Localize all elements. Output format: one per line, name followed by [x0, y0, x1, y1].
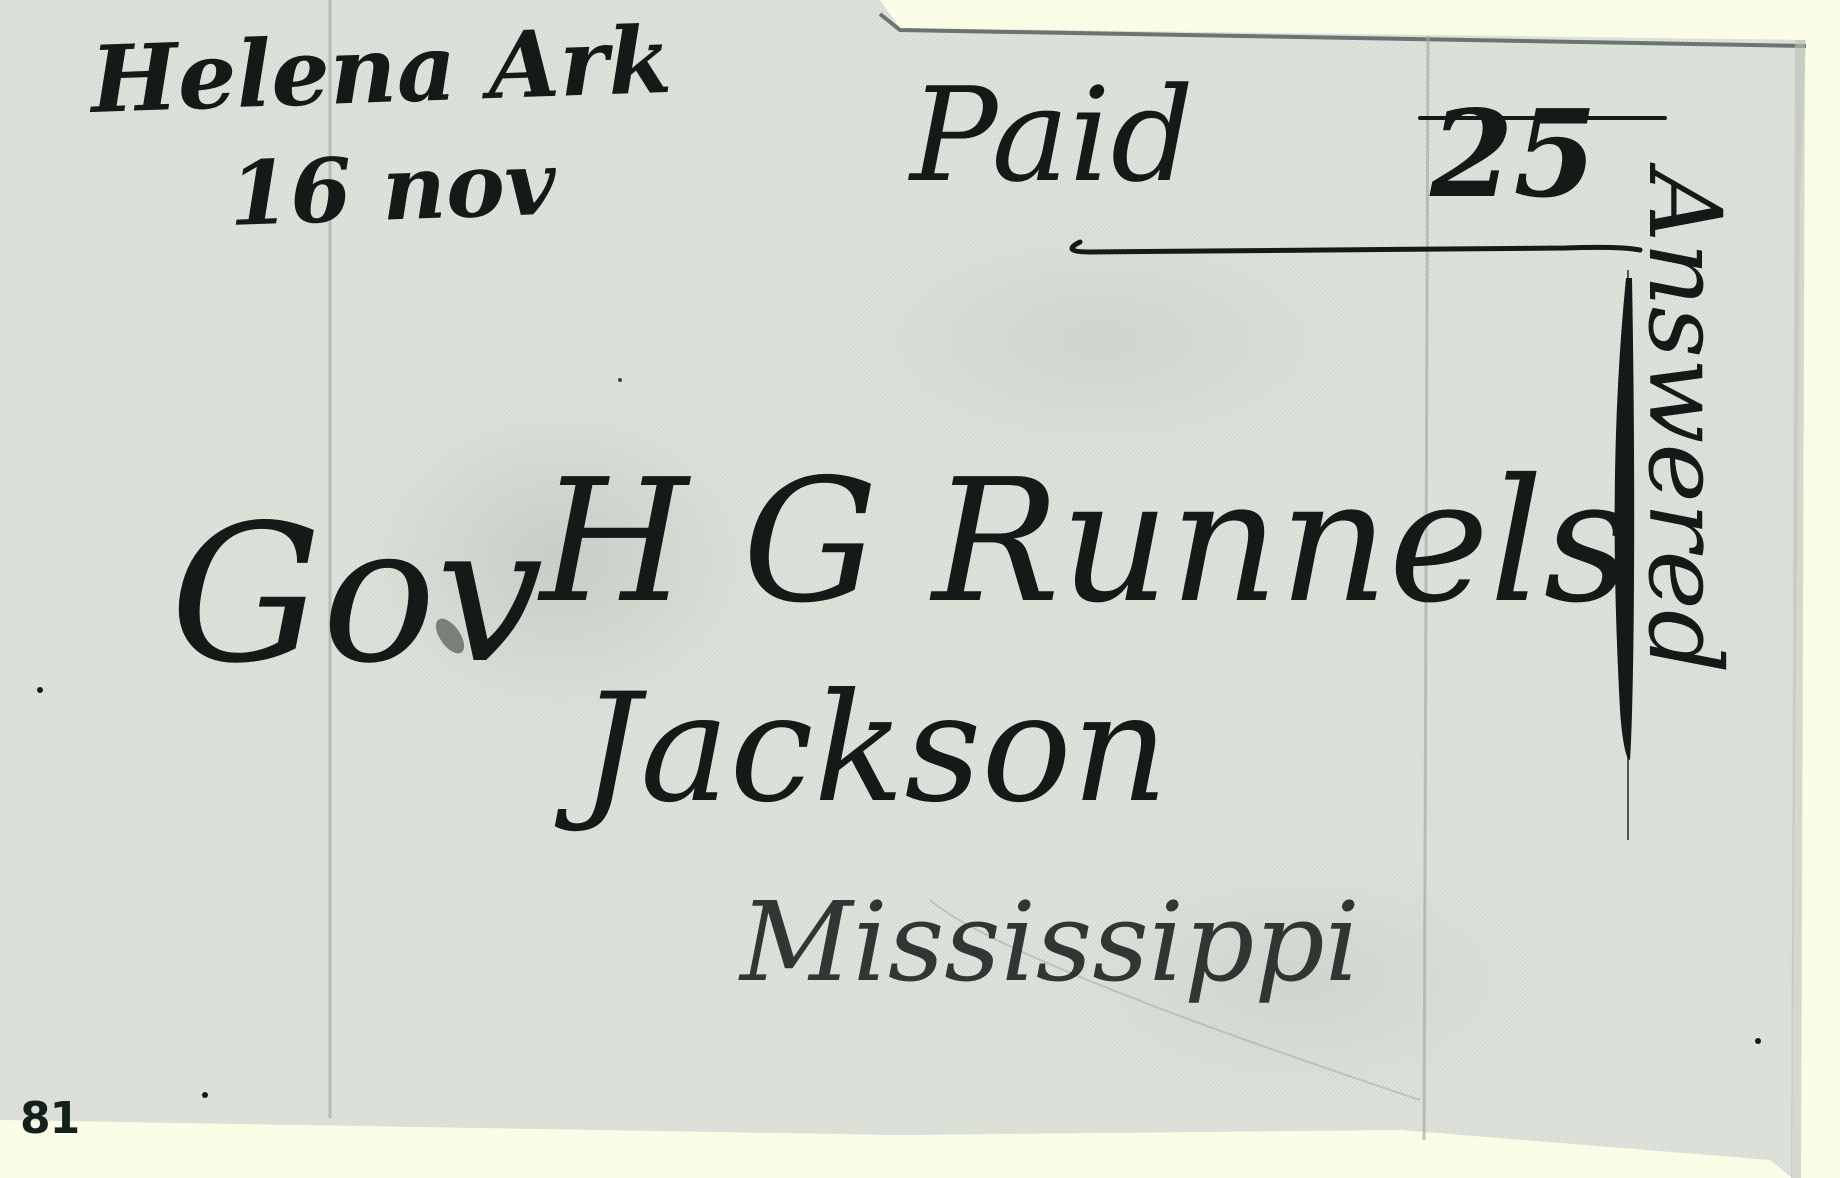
figure-number: 81 — [20, 1093, 79, 1144]
rate-marking: Paid — [908, 59, 1194, 211]
addressee-city: Jackson — [554, 662, 1168, 836]
addressee-state: Mississippi — [738, 878, 1360, 1006]
addressee-title: Gov — [170, 484, 544, 705]
rate-amount: 25 — [1429, 84, 1597, 225]
letter-cover: Helena Ark 16 nov Paid 25 Gov H G Runnel… — [0, 0, 1840, 1178]
postmark-date: 16 nov — [227, 131, 558, 246]
postmark-town: Helena Ark — [86, 6, 673, 134]
addressee-name: H G Runnels — [537, 443, 1631, 641]
cover-image: Helena Ark 16 nov Paid 25 Gov H G Runnel… — [0, 0, 1840, 1178]
docket-answered: Answered — [1626, 162, 1743, 674]
